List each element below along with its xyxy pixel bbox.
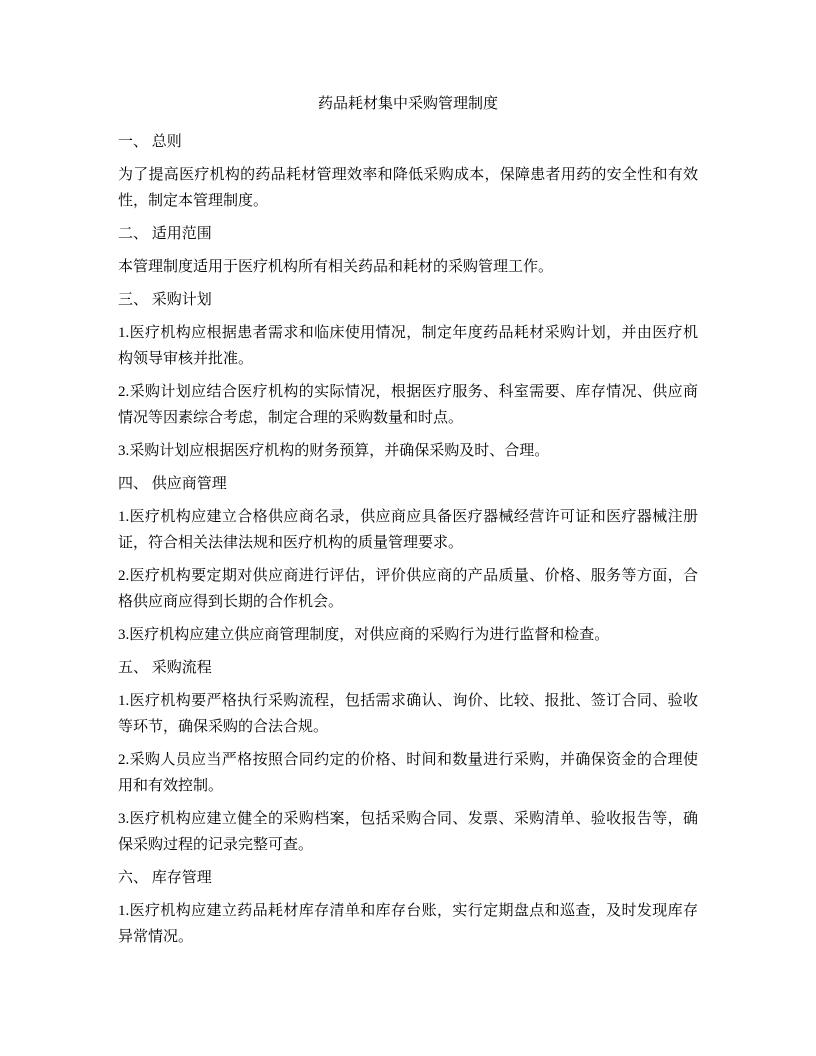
section-heading: 五、 采购流程	[118, 655, 698, 681]
paragraph: 3.采购计划应根据医疗机构的财务预算，并确保采购及时、合理。	[118, 438, 698, 464]
paragraph: 2.采购计划应结合医疗机构的实际情况，根据医疗服务、科室需要、库存情况、供应商情…	[118, 379, 698, 431]
paragraph: 1.医疗机构要严格执行采购流程，包括需求确认、询价、比较、报批、签订合同、验收等…	[118, 688, 698, 740]
section-heading: 一、 总则	[118, 129, 698, 155]
section-supplier-management: 四、 供应商管理 1.医疗机构应建立合格供应商名录，供应商应具备医疗器械经营许可…	[118, 471, 698, 648]
document-title: 药品耗材集中采购管理制度	[118, 91, 698, 117]
section-heading: 四、 供应商管理	[118, 471, 698, 497]
section-procurement-process: 五、 采购流程 1.医疗机构要严格执行采购流程，包括需求确认、询价、比较、报批、…	[118, 655, 698, 858]
section-inventory-management: 六、 库存管理 1.医疗机构应建立药品耗材库存清单和库存台账，实行定期盘点和巡查…	[118, 865, 698, 950]
paragraph: 3.医疗机构应建立供应商管理制度，对供应商的采购行为进行监督和检查。	[118, 622, 698, 648]
section-heading: 三、 采购计划	[118, 287, 698, 313]
section-general-principles: 一、 总则 为了提高医疗机构的药品耗材管理效率和降低采购成本，保障患者用药的安全…	[118, 129, 698, 214]
section-heading: 二、 适用范围	[118, 221, 698, 247]
paragraph: 为了提高医疗机构的药品耗材管理效率和降低采购成本，保障患者用药的安全性和有效性，…	[118, 162, 698, 214]
paragraph: 1.医疗机构应建立药品耗材库存清单和库存台账，实行定期盘点和巡查，及时发现库存异…	[118, 898, 698, 950]
section-procurement-plan: 三、 采购计划 1.医疗机构应根据患者需求和临床使用情况，制定年度药品耗材采购计…	[118, 287, 698, 464]
paragraph: 1.医疗机构应根据患者需求和临床使用情况，制定年度药品耗材采购计划，并由医疗机构…	[118, 320, 698, 372]
paragraph: 1.医疗机构应建立合格供应商名录，供应商应具备医疗器械经营许可证和医疗器械注册证…	[118, 504, 698, 556]
document-page: 药品耗材集中采购管理制度 一、 总则 为了提高医疗机构的药品耗材管理效率和降低采…	[0, 0, 816, 1056]
paragraph: 3.医疗机构应建立健全的采购档案，包括采购合同、发票、采购清单、验收报告等，确保…	[118, 806, 698, 858]
section-scope: 二、 适用范围 本管理制度适用于医疗机构所有相关药品和耗材的采购管理工作。	[118, 221, 698, 280]
paragraph: 2.医疗机构要定期对供应商进行评估，评价供应商的产品质量、价格、服务等方面，合格…	[118, 563, 698, 615]
paragraph: 本管理制度适用于医疗机构所有相关药品和耗材的采购管理工作。	[118, 254, 698, 280]
section-heading: 六、 库存管理	[118, 865, 698, 891]
paragraph: 2.采购人员应当严格按照合同约定的价格、时间和数量进行采购，并确保资金的合理使用…	[118, 747, 698, 799]
